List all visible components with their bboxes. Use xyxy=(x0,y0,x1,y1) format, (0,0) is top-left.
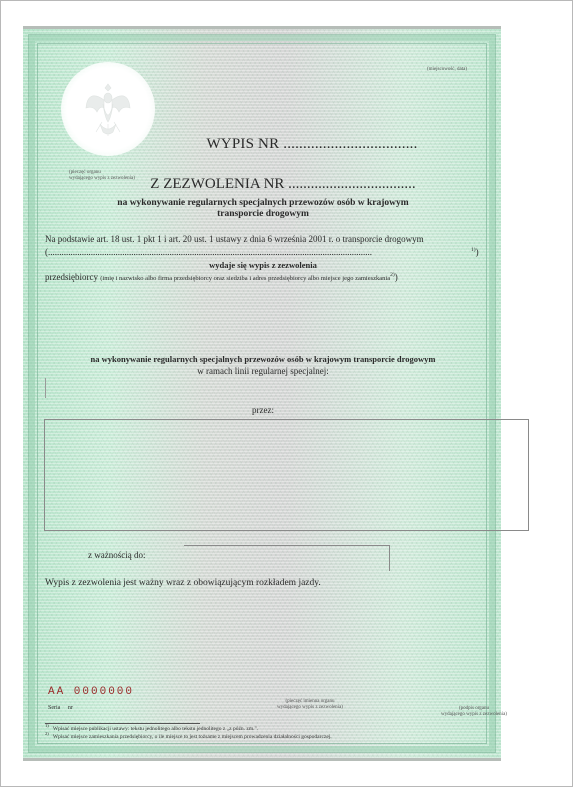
legal-basis-text: Na podstawie art. 18 ust. 1 pkt 1 i art.… xyxy=(45,234,481,245)
validity-note: Wypis z zezwolenia jest ważny wraz z obo… xyxy=(45,578,481,589)
permit-extract-form: (miejscowość, data) WYPIS NR ...........… xyxy=(23,26,501,761)
scope-heading: na wykonywanie regularnych specjalnych p… xyxy=(45,354,481,365)
entrepreneur-field[interactable] xyxy=(45,285,481,347)
place-date-label: (miejscowość, data) xyxy=(427,67,467,73)
extract-number-title: WYPIS NR ...............................… xyxy=(23,136,501,153)
permit-number-title: Z ZEZWOLENIA NR ........................… xyxy=(23,176,501,193)
footnote-1-text: Wpisać miejsce publikacji ustawy: tekstu… xyxy=(53,726,258,732)
line-field[interactable] xyxy=(45,378,529,398)
legal-reference-dots: (.......................................… xyxy=(45,247,372,257)
entrepreneur-hint-paren: ) xyxy=(395,272,398,282)
footnote-1: 1) Wpisać miejsce publikacji ustawy: tek… xyxy=(45,726,258,733)
via-field[interactable] xyxy=(44,419,529,531)
permit-subtitle-line1: na wykonywanie regularnych specjalnych p… xyxy=(63,198,463,209)
line-label: w ramach linii regularnej specjalnej: xyxy=(45,366,481,377)
via-label: przez: xyxy=(45,405,481,416)
name-stamp-label: (pieczęć imienna organu wydającego wypis… xyxy=(265,699,355,711)
footnote-divider xyxy=(45,723,200,724)
signature-label: (podpis organu wydającego wypis z zezwol… xyxy=(429,706,519,718)
entrepreneur-label: przedsiębiorcy xyxy=(45,272,98,282)
serial-number: AA 0000000 xyxy=(48,686,134,698)
footnote-1-mark: 1) xyxy=(45,723,49,728)
serial-label: Seria nr xyxy=(48,705,73,711)
eagle-icon xyxy=(83,78,133,140)
permit-subtitle-line2: transporcie drogowym xyxy=(63,209,463,220)
footnote-2: 2) Wpisać miejsce zamieszkania przedsięb… xyxy=(45,734,332,741)
signature-label-line2: wydającego wypis z zezwolenia) xyxy=(429,712,519,718)
validity-field[interactable] xyxy=(184,545,390,571)
name-stamp-label-line2: wydającego wypis z zezwolenia) xyxy=(265,705,355,711)
footnote-2-mark: 2) xyxy=(45,731,49,736)
legal-reference-field[interactable]: (.......................................… xyxy=(45,247,481,258)
entrepreneur-hint: (imię i nazwisko albo firma przedsiębior… xyxy=(100,275,390,282)
entrepreneur-line: przedsiębiorcy (imię i nazwisko albo fir… xyxy=(45,272,481,284)
legal-reference-paren: ) xyxy=(476,247,479,257)
issued-heading: wydaje się wypis z zezwolenia xyxy=(45,260,481,271)
footnote-2-text: Wpisać miejsce zamieszkania przedsiębior… xyxy=(53,734,332,740)
permit-subtitle: na wykonywanie regularnych specjalnych p… xyxy=(63,198,463,220)
legal-reference-close: 1)) xyxy=(471,247,485,258)
